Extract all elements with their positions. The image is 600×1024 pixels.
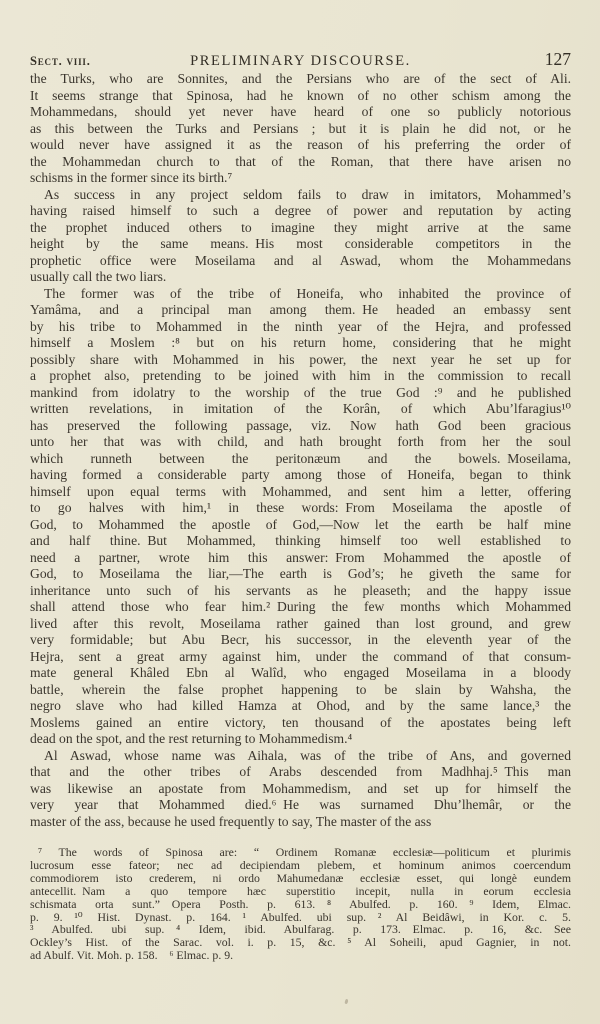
body-line: Mohammedans, should yet never have heard…: [30, 104, 571, 121]
body-line: as this between the Turks and Persians ;…: [30, 121, 571, 138]
body-line: unto her that was with child, and hath b…: [30, 434, 571, 451]
body-line: by his tribe to Mohammed in the ninth ye…: [30, 319, 571, 336]
body-line: possibly share with Mohammed in his powe…: [30, 352, 571, 369]
body-line: a prophet also, pretending to be joined …: [30, 368, 571, 385]
paper-speck: [344, 999, 348, 1005]
body-line: was likewise an apostate from Mohammedis…: [30, 781, 571, 798]
body-line: mankind from idolatry to the worship of …: [30, 385, 571, 402]
body-line: has preserved the following passage, viz…: [30, 418, 571, 435]
footnote-line: antecellit. Nam a quo tempore hæc supers…: [30, 885, 571, 898]
footnote-line: schismata orta sunt.” Opera Posth. p. 61…: [30, 898, 571, 911]
running-header: Sect. viii. PRELIMINARY DISCOURSE. 127: [30, 49, 571, 70]
body-line: schisms in the former since its birth.⁷: [30, 170, 571, 187]
body-text: the Turks, who are Sonnites, and the Per…: [30, 71, 571, 830]
body-line: inheritance unto such of his servants as…: [30, 583, 571, 600]
body-line: very formidable; but Abu Becr, his succe…: [30, 632, 571, 649]
body-line: negro slave who had killed Hamza at Ohod…: [30, 698, 571, 715]
footnotes: ⁷ The words of Spinosa are: “ Ordinem Ro…: [30, 846, 571, 962]
footnote-line: lucrosum esse fateor; nec ad decipiendam…: [30, 859, 571, 872]
body-line: height by the same means. His most consi…: [30, 236, 571, 253]
body-line: The former was of the tribe of Honeifa, …: [30, 286, 571, 303]
body-line: Yamâma, and a principal man among them. …: [30, 302, 571, 319]
page-number: 127: [411, 49, 571, 70]
body-line: God, to Mohammed the apostle of God,—Now…: [30, 517, 571, 534]
body-line: himself a Moslem :⁸ but on his return ho…: [30, 335, 571, 352]
body-line: and half thine. But Mohammed, thinking h…: [30, 533, 571, 550]
body-line: battle, wherein the false prophet happen…: [30, 682, 571, 699]
body-line: having raised himself to such a degree o…: [30, 203, 571, 220]
body-line: Hejra, sent a great army against him, un…: [30, 649, 571, 666]
page-title: PRELIMINARY DISCOURSE.: [190, 53, 411, 70]
body-line: that and the other tribes of Arabs desce…: [30, 764, 571, 781]
body-line: mate general Khâled Ebn al Walîd, who en…: [30, 665, 571, 682]
body-line: master of the ass, because he used frequ…: [30, 814, 571, 831]
footnote-line: ad Abulf. Vit. Moh. p. 158. ⁶ Elmac. p. …: [30, 949, 571, 962]
body-line: prophetic office were Moseilama and al A…: [30, 253, 571, 270]
body-line: the prophet induced others to imagine th…: [30, 220, 571, 237]
body-line: Al Aswad, whose name was Aihala, was of …: [30, 748, 571, 765]
body-line: would never have assigned it as the reas…: [30, 137, 571, 154]
body-line: dead on the spot, and the rest returning…: [30, 731, 571, 748]
body-line: shall attend those who fear him.² During…: [30, 599, 571, 616]
section-label: Sect. viii.: [30, 54, 190, 69]
body-line: lived after this revolt, Moseilama rathe…: [30, 616, 571, 633]
body-line: Moslems gained an entire victory, ten th…: [30, 715, 571, 732]
footnote-line: ⁷ The words of Spinosa are: “ Ordinem Ro…: [30, 846, 571, 859]
body-line: It seems strange that Spinosa, had he kn…: [30, 88, 571, 105]
body-line: the Mohammedan church to that of the Rom…: [30, 154, 571, 171]
body-line: very year that Mohammed died.⁶ He was su…: [30, 797, 571, 814]
body-line: God, to Moseilama the liar,—The earth is…: [30, 566, 571, 583]
body-line: having formed a considerable party among…: [30, 467, 571, 484]
body-line: usually call the two liars.: [30, 269, 571, 286]
body-line: As success in any project seldom fails t…: [30, 187, 571, 204]
body-line: himself upon equal terms with Mohammed, …: [30, 484, 571, 501]
body-line: the Turks, who are Sonnites, and the Per…: [30, 71, 571, 88]
book-page: Sect. viii. PRELIMINARY DISCOURSE. 127 t…: [0, 0, 600, 1024]
body-line: written revelations, in imitation of the…: [30, 401, 571, 418]
footnote-line: commodiorem isto crederem, ni ordo Mahum…: [30, 872, 571, 885]
body-line: to go halves with him,¹ in these words: …: [30, 500, 571, 517]
body-line: which runneth between the peritonæum and…: [30, 451, 571, 468]
body-line: need a partner, wrote him this answer: F…: [30, 550, 571, 567]
